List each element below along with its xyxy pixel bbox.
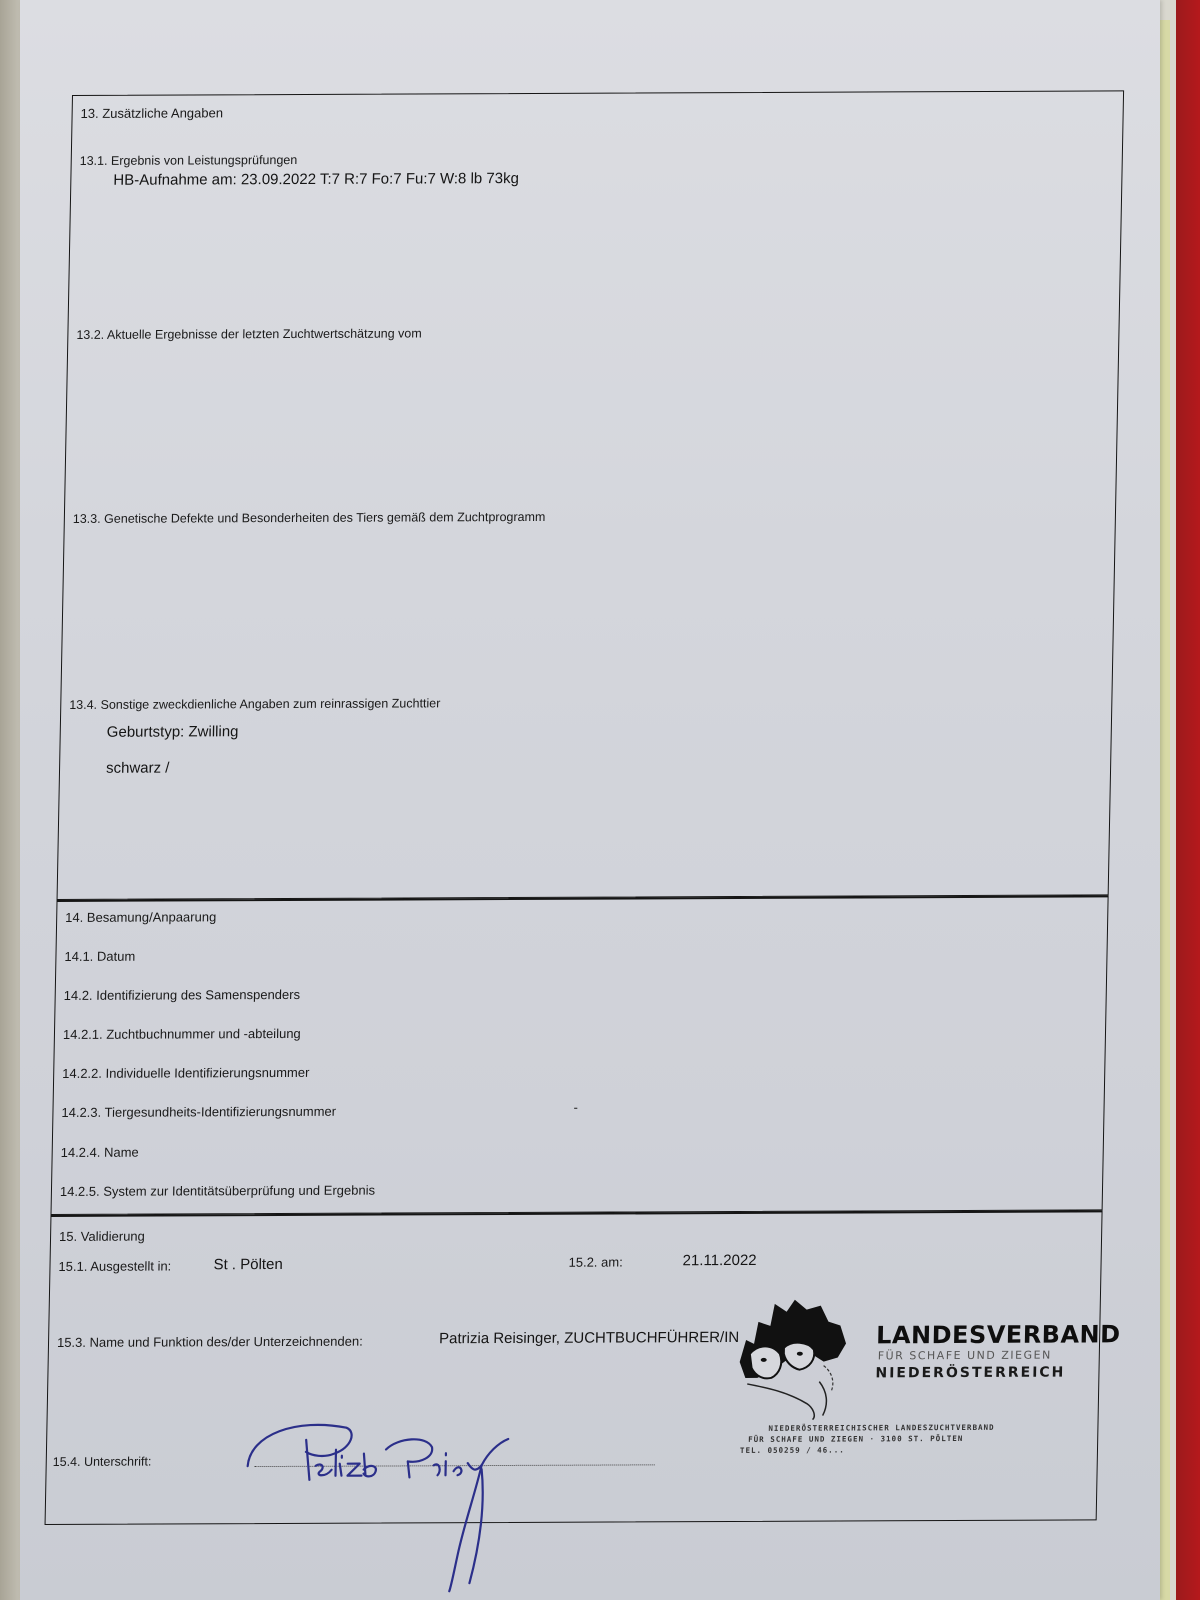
section-13-title: 13. Zusätzliche Angaben — [81, 105, 224, 121]
field-15-3-label: 15.3. Name und Funktion des/der Unterzei… — [57, 1334, 363, 1350]
stamp-subtitle: FÜR SCHAFE UND ZIEGEN — [878, 1349, 1052, 1363]
section-15-title: 15. Validierung — [59, 1229, 145, 1244]
green-tab-edge — [1159, 20, 1170, 1600]
field-14-2-5-label: 14.2.5. System zur Identitätsüberprüfung… — [60, 1183, 375, 1199]
field-13-4-color: schwarz / — [106, 760, 170, 777]
form-frame: 13. Zusätzliche Angaben 13.1. Ergebnis v… — [44, 90, 1124, 1545]
stamp-address-line-3: TEL. 050259 / 46... — [740, 1446, 845, 1455]
stamp-address-line-2: FÜR SCHAFE UND ZIEGEN · 3100 ST. PÖLTEN — [748, 1434, 963, 1444]
official-stamp: LANDESVERBAND FÜR SCHAFE UND ZIEGEN NIED… — [726, 1290, 1109, 1472]
field-13-3-label: 13.3. Genetische Defekte und Besonderhei… — [73, 510, 546, 526]
field-13-4-birth-type: Geburtstyp: Zwilling — [107, 723, 239, 741]
handwritten-signature — [233, 1413, 596, 1595]
field-14-2-4-label: 14.2.4. Name — [61, 1145, 139, 1160]
section-13-additional-info: 13. Zusätzliche Angaben 13.1. Ergebnis v… — [57, 90, 1125, 900]
stamp-address-line-1: NIEDERÖSTERREICHISCHER LANDESZUCHTVERBAN… — [768, 1423, 994, 1433]
field-15-1-value: St . Pölten — [213, 1256, 283, 1273]
field-13-4-label: 13.4. Sonstige zweckdienliche Angaben zu… — [69, 696, 440, 712]
field-15-1-label: 15.1. Ausgestellt in: — [58, 1258, 171, 1273]
sheep-logo-icon — [727, 1291, 860, 1422]
field-13-2-label: 13.2. Aktuelle Ergebnisse der letzten Zu… — [76, 326, 422, 342]
field-14-2-label: 14.2. Identifizierung des Samenspenders — [64, 987, 301, 1003]
field-14-2-3-label: 14.2.3. Tiergesundheits-Identifizierungs… — [61, 1104, 336, 1120]
section-14-insemination: 14. Besamung/Anpaarung 14.1. Datum 14.2.… — [50, 895, 1108, 1215]
field-14-1-label: 14.1. Datum — [64, 949, 135, 964]
field-15-4-label: 15.4. Unterschrift: — [53, 1455, 152, 1469]
section-14-title: 14. Besamung/Anpaarung — [65, 909, 216, 925]
field-14-2-1-label: 14.2.1. Zuchtbuchnummer und -abteilung — [63, 1026, 301, 1042]
field-13-1-value: HB-Aufnahme am: 23.09.2022 T:7 R:7 Fo:7 … — [113, 170, 519, 189]
field-14-2-3-value: - — [573, 1100, 578, 1115]
stamp-region: NIEDERÖSTERREICH — [875, 1365, 1065, 1382]
field-13-1-label: 13.1. Ergebnis von Leistungsprüfungen — [80, 153, 298, 168]
red-folder-edge — [1176, 0, 1200, 1600]
field-15-3-value: Patrizia Reisinger, ZUCHTBUCHFÜHRER/IN — [439, 1329, 739, 1347]
field-15-2-label: 15.2. am: — [568, 1254, 622, 1269]
field-15-2-value: 21.11.2022 — [682, 1252, 756, 1269]
document-page: 13. Zusätzliche Angaben 13.1. Ergebnis v… — [20, 0, 1160, 1600]
stamp-title: LANDESVERBAND — [876, 1320, 1121, 1349]
field-14-2-2-label: 14.2.2. Individuelle Identifizierungsnum… — [62, 1065, 309, 1081]
